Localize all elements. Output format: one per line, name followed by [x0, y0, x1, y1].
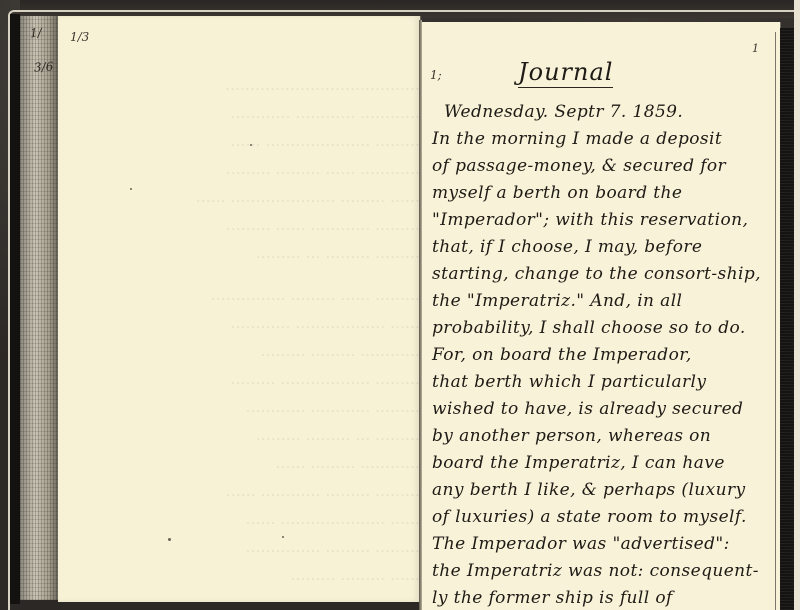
journal-line: For, on board the Imperador, [432, 347, 782, 364]
bleed-through-line: ……… ………… …… ……… [58, 216, 420, 234]
ink-speck [130, 188, 132, 190]
bleed-through-line: ……… ……………… ……… [58, 370, 420, 388]
bleed-through-line: …… ……… ……… [58, 566, 420, 584]
bleed-through-line: ………… …… ……… ……… [58, 160, 420, 178]
left-page: 1/3 ………………………………… ………… ………… ………… ……… ………… [58, 16, 421, 602]
journal-line: that, if I choose, I may, before [432, 239, 782, 256]
bleed-through-line: ………………………………… [58, 76, 420, 94]
journal-line: wished to have, is already secured [432, 401, 782, 418]
bleed-through-line: …… ………………… …… [58, 510, 420, 528]
journal-line: The Imperador was "advertised": [432, 536, 782, 553]
left-cover [10, 14, 20, 604]
journal-line: the "Imperatriz." And, in all [432, 293, 782, 310]
journal-line: of passage-money, & secured for [432, 158, 782, 175]
journal-line: of luxuries) a state room to myself. [432, 509, 782, 526]
ink-speck [282, 536, 284, 538]
bleed-through-line: ……… ……… … ……… [58, 244, 420, 262]
journal-line: by another person, whereas on [432, 428, 782, 445]
page-number: 1 [752, 42, 759, 55]
bleed-through-line: ………… ………… ………… [58, 104, 420, 122]
bleed-through-line: …… ……………… ………… [58, 314, 420, 332]
bleed-through-line: ……… ……… ………… …… [58, 482, 420, 500]
ink-speck [168, 538, 171, 541]
journal-line: ly the former ship is full of [432, 590, 782, 607]
bleed-through-line: ……… ………………… …… [58, 132, 420, 150]
journal-line: any berth I like, & perhaps (luxury [432, 482, 782, 499]
bleed-through-line: ……… … ……… ……… [58, 426, 420, 444]
bleed-through-line: ………… ……… ……… [58, 342, 420, 360]
journal-title: Journal [518, 58, 613, 88]
journal-line: the Imperatriz was not: consequent- [432, 563, 782, 580]
journal-line: probability, I shall choose so to do. [432, 320, 782, 337]
corner-note: 1/3 [70, 30, 89, 44]
right-cover [780, 28, 794, 610]
bleed-through-line: ……… ……… …………… [58, 538, 420, 556]
journal-line: In the morning I made a deposit [432, 131, 782, 148]
bleed-through-line: …… ……… ………………… …… [58, 188, 420, 206]
spine-note-1: 1/ [30, 26, 43, 41]
journal-line: "Imperador"; with this reservation, [432, 212, 782, 229]
journal-line: myself a berth on board the [432, 185, 782, 202]
bleed-through-line: ……… …… ……… …………… [58, 286, 420, 304]
date-line: Wednesday. Septr 7. 1859. [444, 104, 794, 121]
journal-line: board the Imperatriz, I can have [432, 455, 782, 472]
bleed-through-line: ………… ……… …… [58, 454, 420, 472]
scan-right-margin [794, 0, 800, 610]
ink-speck [250, 144, 252, 146]
journal-line: that berth which I particularly [432, 374, 782, 391]
margin-mark: 1; [430, 68, 442, 82]
left-binding-strip: 1/ 3/6 [20, 16, 58, 600]
bleed-through-line: ……… ………… ………… [58, 398, 420, 416]
spine-note-2: 3/6 [34, 59, 54, 74]
journal-line: starting, change to the consort-ship, [432, 266, 782, 283]
